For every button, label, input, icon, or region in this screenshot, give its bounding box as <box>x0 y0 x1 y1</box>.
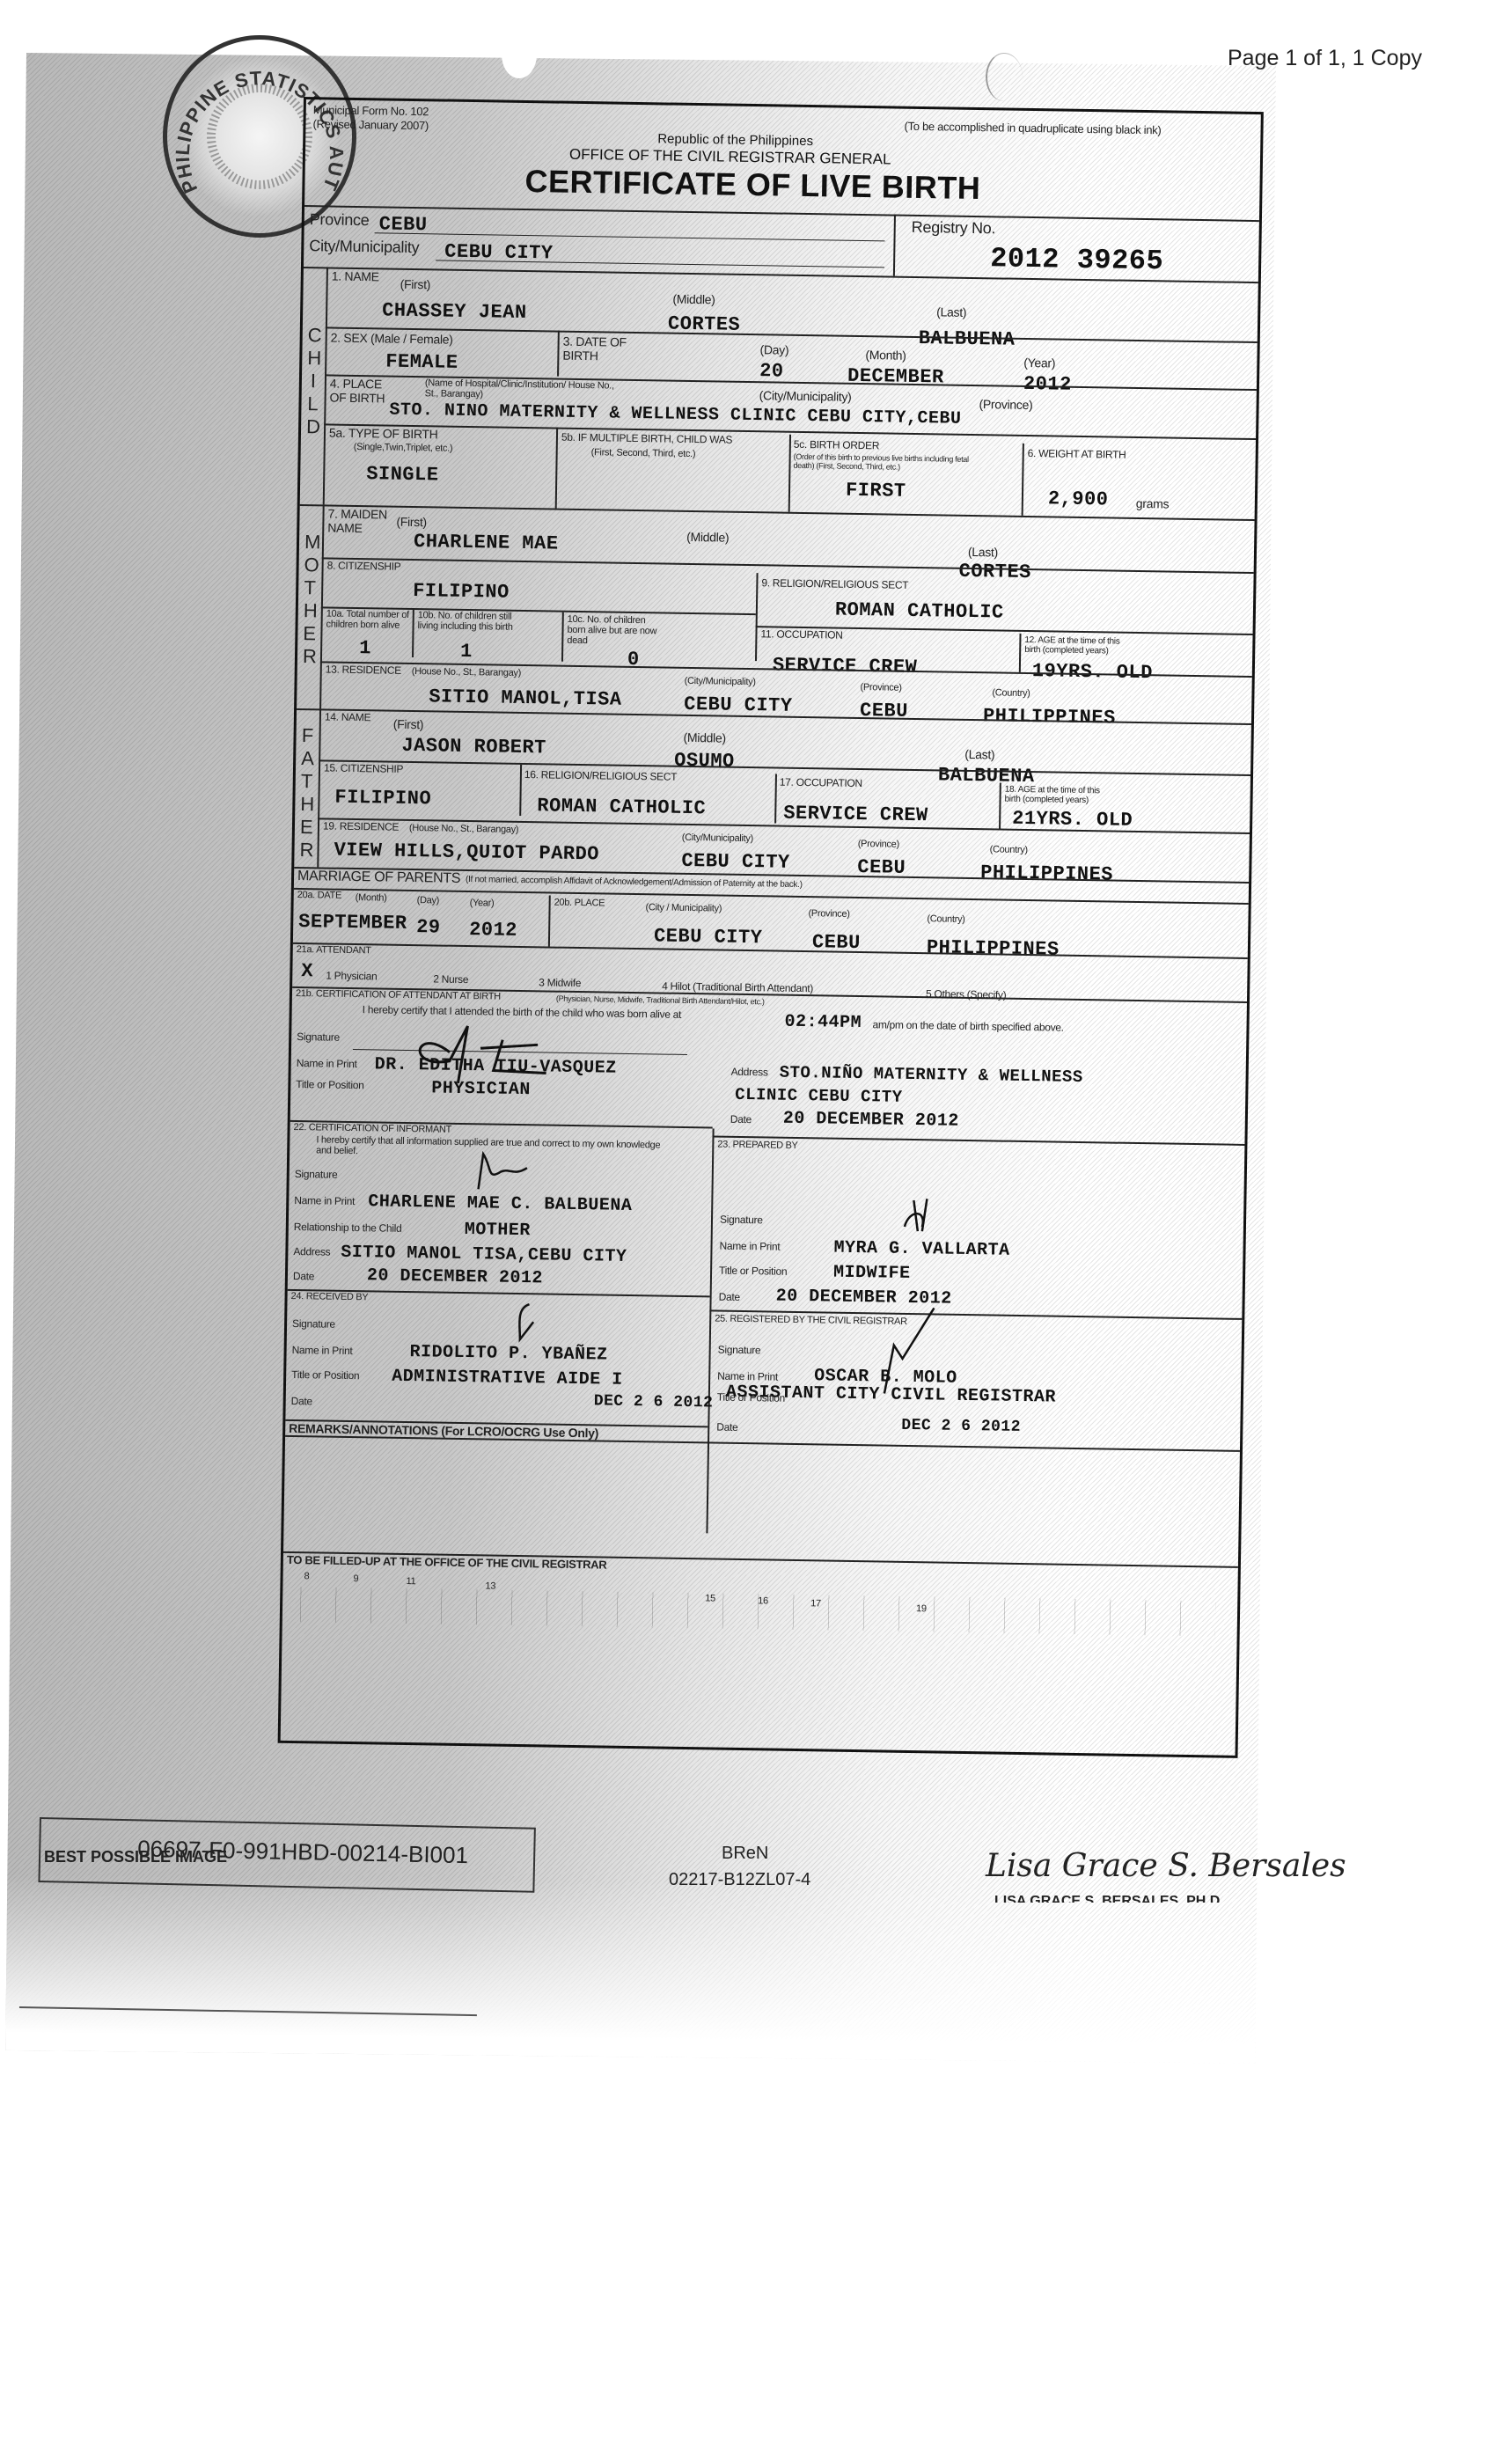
registrar-date: DEC 2 6 2012 <box>901 1417 1021 1436</box>
father-occupation-label: 17. OCCUPATION <box>780 776 862 789</box>
preparer-signature-icon <box>896 1192 941 1236</box>
divider <box>304 205 1259 222</box>
attendant-option-midwife[interactable]: 3 Midwife <box>539 976 581 989</box>
remarks-area[interactable] <box>283 1437 1240 1566</box>
child-name-label: 1. NAME <box>332 269 379 284</box>
punch-hole-outline <box>986 53 1023 101</box>
year-label: (Year) <box>470 898 495 908</box>
weight-value: 2,900 <box>1048 488 1109 510</box>
divider <box>788 435 791 512</box>
city-label: (City / Municipality) <box>645 902 722 913</box>
child-first-name: CHASSEY JEAN <box>382 299 527 324</box>
maiden-name-label: 7. MAIDEN NAME <box>327 506 389 535</box>
father-first-name: JASON ROBERT <box>401 735 546 759</box>
birth-order-value: FIRST <box>846 480 906 502</box>
type-of-birth-hint: (Single,Twin,Triplet, etc.) <box>354 442 453 454</box>
first-label: (First) <box>396 515 427 530</box>
province-label: (Province) <box>860 682 901 693</box>
informant-relationship: MOTHER <box>465 1220 531 1241</box>
divider <box>893 215 896 276</box>
informant-signature-icon <box>465 1149 536 1194</box>
mother-citizenship-label: 8. CITIZENSHIP <box>327 559 401 572</box>
divider <box>293 942 1248 959</box>
attendant-date: 20 DECEMBER 2012 <box>783 1109 959 1132</box>
pob-hint: (Name of Hospital/Clinic/Institution/ Ho… <box>425 378 627 402</box>
signature-label: Signature <box>718 1344 761 1357</box>
marriage-date-label: 20a. DATE <box>297 890 341 901</box>
father-residence-street: VIEW HILLS,QUIOT PARDO <box>334 840 599 866</box>
informant-label: 22. CERTIFICATION OF INFORMANT <box>294 1122 452 1135</box>
date-label: Date <box>730 1113 752 1126</box>
attendant-signature-icon <box>396 1016 555 1089</box>
father-residence-label: 19. RESIDENCE <box>323 819 399 832</box>
children-born-alive-value: 1 <box>359 637 371 659</box>
father-religion-value: ROMAN CATHOLIC <box>537 795 706 819</box>
address-label: Address <box>293 1245 330 1258</box>
title-label: Title or Position <box>291 1368 359 1382</box>
receiver-date: DEC 2 6 2012 <box>594 1392 714 1412</box>
last-label: (Last) <box>936 304 966 319</box>
divider <box>519 765 522 816</box>
scan-fade <box>5 1874 1257 2064</box>
divider <box>1022 444 1024 516</box>
attendant-cert-hint: (Physician, Nurse, Midwife, Traditional … <box>556 994 765 1007</box>
mother-last-name: CORTES <box>958 561 1031 583</box>
country-label: (Country) <box>927 913 964 925</box>
birth-order-label: 5c. BIRTH ORDER <box>794 438 880 452</box>
child-section-label: CHILD <box>303 324 324 438</box>
mother-occupation-value: SERVICE CREW <box>773 654 918 678</box>
attendant-title: PHYSICIAN <box>431 1078 531 1100</box>
father-residence-country: PHILIPPINES <box>980 862 1113 885</box>
signature-label: Signature <box>720 1214 763 1227</box>
receiver-signature-icon <box>507 1300 543 1345</box>
middle-label: (Middle) <box>672 292 715 307</box>
name-in-print-label: Name in Print <box>294 1194 355 1207</box>
attendant-option-nurse[interactable]: 2 Nurse <box>433 972 468 986</box>
marriage-note: (If not married, accomplish Affidavit of… <box>466 875 803 890</box>
month-label: (Month) <box>356 892 387 904</box>
registrar-code: 9 <box>353 1573 358 1584</box>
divider <box>412 608 414 657</box>
father-occupation-value: SERVICE CREW <box>783 803 928 827</box>
document-title: CERTIFICATE OF LIVE BIRTH <box>524 163 980 207</box>
middle-label: (Middle) <box>686 530 729 545</box>
date-label: Date <box>716 1421 737 1434</box>
children-living-value: 1 <box>460 641 473 663</box>
province-label: (Province) <box>858 839 899 850</box>
form-revision: (Revised January 2007) <box>312 117 429 132</box>
multiple-birth-label: 5b. IF MULTIPLE BIRTH, CHILD WAS <box>561 431 732 446</box>
form-instruction: (To be accomplished in quadruplicate usi… <box>904 120 1161 137</box>
first-label: (First) <box>393 717 424 732</box>
attendant-address-2: CLINIC CEBU CITY <box>735 1085 903 1107</box>
city-label: (City/Municipality) <box>685 676 756 687</box>
name-in-print-label: Name in Print <box>717 1370 778 1383</box>
sex-value: FEMALE <box>385 351 458 374</box>
residence-hint: (House No., St., Barangay) <box>412 666 521 678</box>
received-by-label: 24. RECEIVED BY <box>290 1291 368 1302</box>
mother-residence-label: 13. RESIDENCE <box>326 663 401 676</box>
children-living-label: 10b. No. of children still living includ… <box>417 610 514 633</box>
mother-residence-country: PHILIPPINES <box>983 705 1116 729</box>
middle-label: (Middle) <box>683 730 725 745</box>
signature-label: Signature <box>295 1168 338 1181</box>
best-image-label: BEST POSSIBLE IMAGE <box>44 1848 227 1866</box>
marriage-city: CEBU CITY <box>654 925 763 949</box>
pob-label: 4. PLACE OF BIRTH <box>330 377 392 406</box>
name-in-print-label: Name in Print <box>297 1057 357 1070</box>
father-religion-label: 16. RELIGION/RELIGIOUS SECT <box>524 768 677 783</box>
attendant-label: 21a. ATTENDANT <box>297 944 371 956</box>
pob-city-label: (City/Municipality) <box>759 388 852 404</box>
date-label: Date <box>719 1291 740 1303</box>
receiver-name: RIDOLITO P. YBAÑEZ <box>409 1342 607 1366</box>
divider <box>999 783 1001 829</box>
pob-value: STO. NINO MATERNITY & WELLNESS CLINIC CE… <box>389 400 961 429</box>
city-label: (City/Municipality) <box>682 832 753 844</box>
sex-label: 2. SEX (Male / Female) <box>331 331 453 347</box>
last-label: (Last) <box>964 747 994 762</box>
mother-occupation-label: 11. OCCUPATION <box>760 627 842 641</box>
divider <box>755 573 759 661</box>
marriage-month: SEPTEMBER <box>298 911 407 935</box>
attendant-cert-label: 21b. CERTIFICATION OF ATTENDANT AT BIRTH <box>296 988 501 1002</box>
signatory-name: LISA GRACE S. BERSALES, PH.D. <box>994 1894 1224 1903</box>
father-middle-name: OSUMO <box>674 750 735 773</box>
father-residence-city: CEBU CITY <box>681 850 790 874</box>
signatory-signature: Lisa Grace S. Bersales <box>986 1848 1346 1884</box>
registry-no-label: Registry No. <box>912 218 996 238</box>
prepared-by-label: 23. PREPARED BY <box>717 1140 797 1151</box>
type-of-birth-label: 5a. TYPE OF BIRTH <box>329 426 438 442</box>
divider <box>322 557 1254 574</box>
children-born-alive-label: 10a. Total number of children born alive <box>326 608 409 630</box>
father-citizenship-label: 15. CITIZENSHIP <box>324 761 403 774</box>
divider <box>1019 634 1022 672</box>
date-label: Date <box>291 1395 312 1407</box>
mother-residence-city: CEBU CITY <box>684 693 793 717</box>
relationship-label: Relationship to the Child <box>294 1221 402 1235</box>
divider <box>317 708 321 867</box>
informant-date: 20 DECEMBER 2012 <box>367 1265 543 1288</box>
attendant-name: DR. EDITHA TIU-VASQUEZ <box>375 1054 617 1078</box>
multiple-birth-hint: (First, Second, Third, etc.) <box>591 447 696 459</box>
mother-religion-value: ROMAN CATHOLIC <box>835 599 1004 624</box>
divider <box>555 428 558 509</box>
attendant-mark: X <box>301 960 313 982</box>
day-label: (Day) <box>417 895 440 906</box>
birth-order-hint: (Order of this birth to previous live bi… <box>793 452 969 473</box>
divider <box>326 326 1258 343</box>
first-label: (First) <box>400 277 431 292</box>
republic-label: Republic of the Philippines <box>657 131 813 149</box>
punch-hole <box>502 31 537 78</box>
marriage-year: 2012 <box>469 919 517 942</box>
informant-name: CHARLENE MAE C. BALBUENA <box>368 1192 632 1216</box>
registrar-code-boxes <box>300 1587 1216 1636</box>
name-in-print-label: Name in Print <box>292 1344 353 1357</box>
divider <box>323 267 328 504</box>
registrar-code: 8 <box>304 1571 309 1581</box>
mother-first-name: CHARLENE MAE <box>414 531 559 555</box>
pob-province-label: (Province) <box>979 397 1032 412</box>
country-label: (Country) <box>990 844 1028 855</box>
underline <box>436 260 884 268</box>
father-section-label: FATHER <box>296 724 317 862</box>
address-label: Address <box>731 1066 768 1079</box>
page-label: Page 1 of 1, 1 Copy <box>1228 46 1422 71</box>
marriage-day: 29 <box>416 916 441 938</box>
preparer-title: MIDWIFE <box>833 1263 911 1284</box>
month-label: (Month) <box>865 348 906 363</box>
name-in-print-label: Name in Print <box>719 1240 780 1253</box>
divider <box>557 331 560 377</box>
preparer-name: MYRA G. VALLARTA <box>833 1238 1009 1261</box>
dob-year: 2012 <box>1023 373 1072 396</box>
signature-label: Signature <box>297 1030 340 1044</box>
province-label: (Province) <box>808 908 849 920</box>
attendant-cert-text-2: am/pm on the date of birth specified abo… <box>872 1018 1063 1033</box>
divider <box>300 504 1255 521</box>
title-label: Title or Position <box>719 1265 787 1278</box>
father-name-label: 14. NAME <box>325 710 371 723</box>
marriage-country: PHILIPPINES <box>927 936 1060 960</box>
dob-label: 3. DATE OF BIRTH <box>562 334 633 363</box>
type-of-birth-value: SINGLE <box>366 463 439 486</box>
father-citizenship-value: FILIPINO <box>334 787 431 810</box>
mother-citizenship-value: FILIPINO <box>413 580 510 604</box>
form-number: Municipal Form No. 102 <box>313 103 429 118</box>
father-age-label: 18. AGE at the time of this birth (compl… <box>1004 785 1114 806</box>
bren-code: 02217-B12ZL07-4 <box>669 1870 810 1890</box>
marriage-place-label: 20b. PLACE <box>554 898 605 909</box>
father-age-value: 21YRS. OLD <box>1012 808 1133 832</box>
informant-address: SITIO MANOL TISA,CEBU CITY <box>341 1243 627 1267</box>
day-label: (Day) <box>759 342 788 357</box>
signature-label: Signature <box>292 1317 335 1331</box>
weight-label: 6. WEIGHT AT BIRTH <box>1028 447 1126 461</box>
title-label: Title or Position <box>296 1078 363 1091</box>
mother-religion-label: 9. RELIGION/RELIGIOUS SECT <box>761 576 908 591</box>
registrar-code: 11 <box>406 1576 415 1587</box>
attendant-address-1: STO.NIÑO MATERNITY & WELLNESS <box>779 1063 1082 1087</box>
receiver-title: ADMINISTRATIVE AIDE I <box>392 1367 623 1390</box>
city-label: City/Municipality <box>309 237 419 257</box>
date-label: Date <box>293 1270 314 1282</box>
residence-hint: (House No., St., Barangay) <box>409 823 518 835</box>
birth-certificate-form: Municipal Form No. 102 (Revised January … <box>278 97 1264 1758</box>
divider <box>561 612 564 662</box>
province-label: Province <box>310 210 370 230</box>
children-dead-label: 10c. No. of children born alive but are … <box>567 614 664 648</box>
year-label: (Year) <box>1023 356 1055 370</box>
attendant-option-physician[interactable]: 1 Physician <box>326 970 377 983</box>
mother-section-label: MOTHER <box>299 531 320 668</box>
registry-no-value: 2012 39265 <box>990 242 1164 277</box>
country-label: (Country) <box>992 687 1030 699</box>
birth-time: 02:44PM <box>784 1012 862 1033</box>
divider <box>774 774 777 824</box>
weight-unit: grams <box>1136 496 1170 511</box>
bren-label: BReN <box>722 1844 768 1864</box>
divider <box>548 895 551 946</box>
last-label: (Last) <box>968 545 998 560</box>
mother-residence-street: SITIO MANOL,TISA <box>429 686 622 710</box>
mother-age-label: 12. AGE at the time of this birth (compl… <box>1024 635 1130 656</box>
marriage-heading: MARRIAGE OF PARENTS <box>297 869 460 887</box>
dob-day: 20 <box>759 360 784 382</box>
divider <box>319 759 1250 776</box>
